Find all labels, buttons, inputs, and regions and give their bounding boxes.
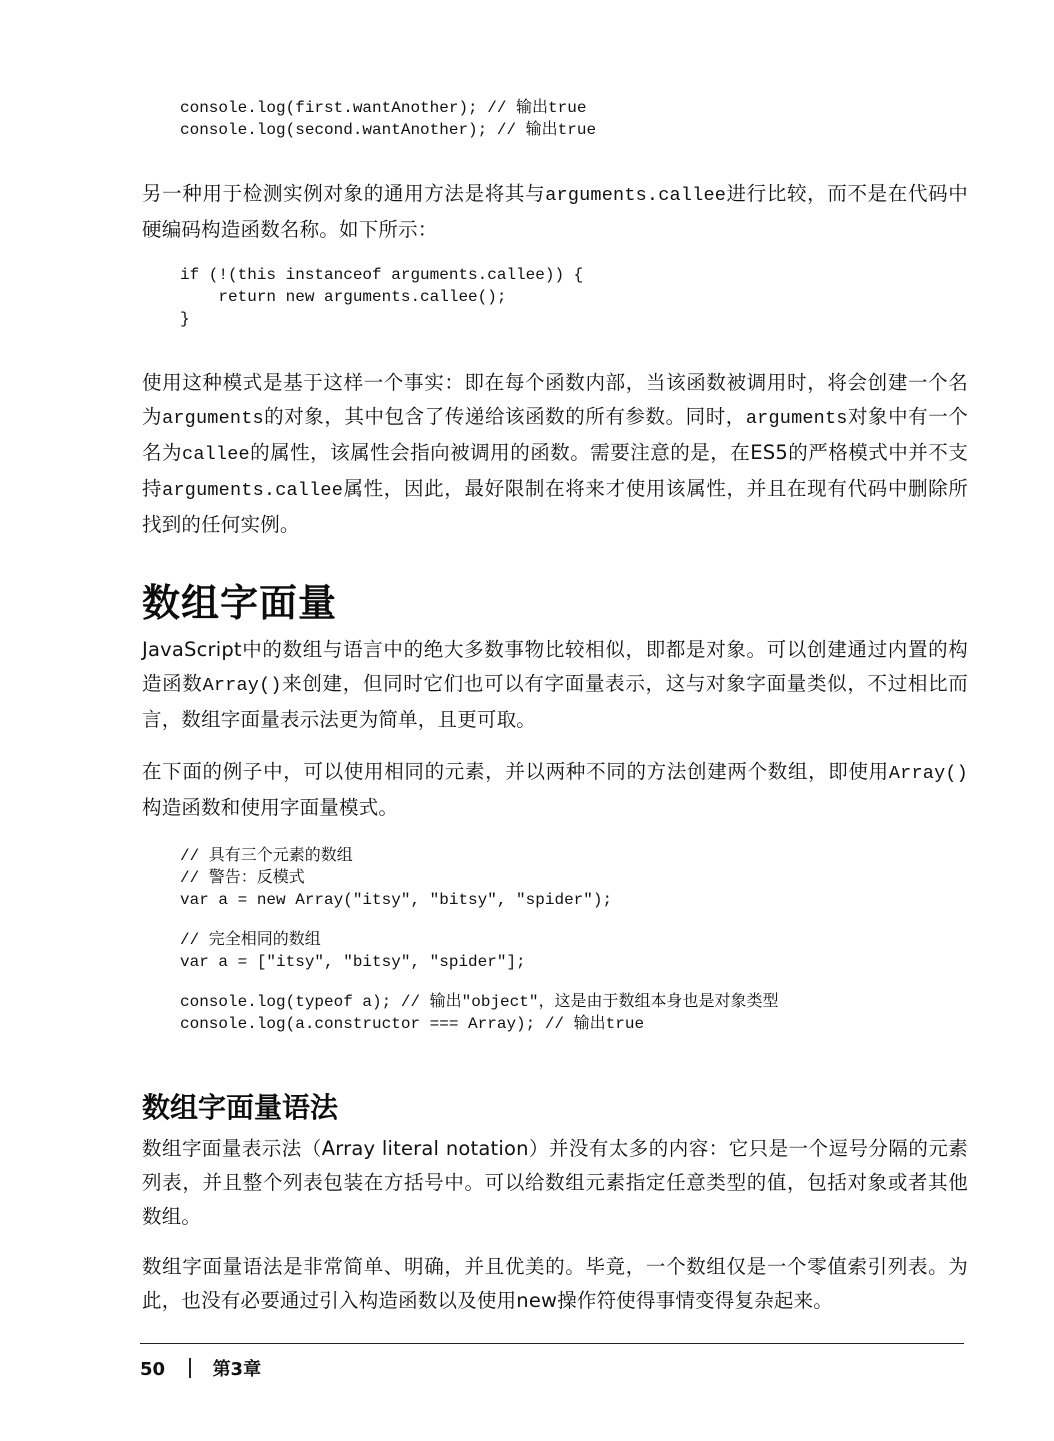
inline-code: arguments <box>162 408 264 429</box>
code-line: return new arguments.callee(); <box>180 286 583 308</box>
paragraph-arguments-explanation: 使用这种模式是基于这样一个事实：即在每个函数内部，当该函数被调用时，将会创建一个… <box>142 366 968 542</box>
code-line: console.log(second.wantAnother); // 输出tr… <box>180 119 596 141</box>
paragraph-example-intro: 在下面的例子中，可以使用相同的元素，并以两种不同的方法创建两个数组，即使用Arr… <box>142 755 968 825</box>
footer-separator <box>189 1358 191 1378</box>
code-line: // 完全相同的数组 <box>180 929 778 951</box>
subsection-heading: 数组字面量语法 <box>142 1086 338 1126</box>
code-block-instance-check: console.log(first.wantAnother); // 输出tru… <box>180 97 596 141</box>
code-line: console.log(a.constructor === Array); //… <box>180 1013 778 1035</box>
inline-code: callee <box>182 444 250 465</box>
inline-code: Array() <box>889 763 968 784</box>
chapter-label: 第3章 <box>213 1359 262 1380</box>
paragraph-literal-notation: 数组字面量表示法（Array literal notation）并没有太多的内容… <box>142 1132 968 1234</box>
inline-code: Array() <box>203 675 282 696</box>
inline-code: arguments.callee <box>545 185 726 206</box>
paragraph-array-intro: JavaScript中的数组与语言中的绝大多数事物比较相似，即都是对象。可以创建… <box>142 633 968 737</box>
code-line: console.log(typeof a); // 输出"object"，这是由… <box>180 991 778 1013</box>
code-line: var a = new Array("itsy", "bitsy", "spid… <box>180 889 778 911</box>
inline-code: arguments.callee <box>162 480 343 501</box>
code-line: console.log(first.wantAnother); // 输出tru… <box>180 97 596 119</box>
code-block-array-example: // 具有三个元素的数组// 警告：反模式var a = new Array("… <box>180 845 778 1035</box>
code-block-callee: if (!(this instanceof arguments.callee))… <box>180 264 583 330</box>
page-number: 50 <box>140 1359 165 1380</box>
page-footer: 50第3章 <box>140 1355 261 1381</box>
code-line: // 警告：反模式 <box>180 867 778 889</box>
section-heading: 数组字面量 <box>142 572 337 627</box>
code-line <box>180 973 778 991</box>
book-page: console.log(first.wantAnother); // 输出tru… <box>0 0 1054 1441</box>
code-line: if (!(this instanceof arguments.callee))… <box>180 264 583 286</box>
code-line: } <box>180 308 583 330</box>
paragraph-literal-syntax: 数组字面量语法是非常简单、明确，并且优美的。毕竟，一个数组仅是一个零值索引列表。… <box>142 1250 968 1318</box>
inline-code: arguments <box>746 408 848 429</box>
footer-divider <box>140 1343 964 1344</box>
code-line: // 具有三个元素的数组 <box>180 845 778 867</box>
code-line <box>180 911 778 929</box>
paragraph-callee-intro: 另一种用于检测实例对象的通用方法是将其与arguments.callee进行比较… <box>142 177 968 247</box>
code-line: var a = ["itsy", "bitsy", "spider"]; <box>180 951 778 973</box>
